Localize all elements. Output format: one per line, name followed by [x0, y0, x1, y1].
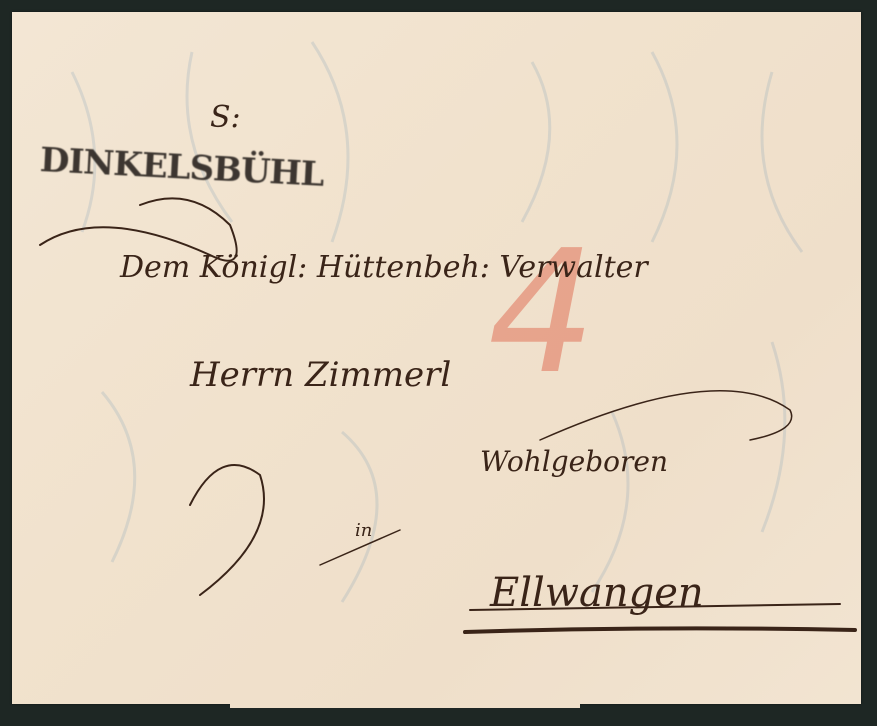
flourishes — [0, 0, 877, 726]
